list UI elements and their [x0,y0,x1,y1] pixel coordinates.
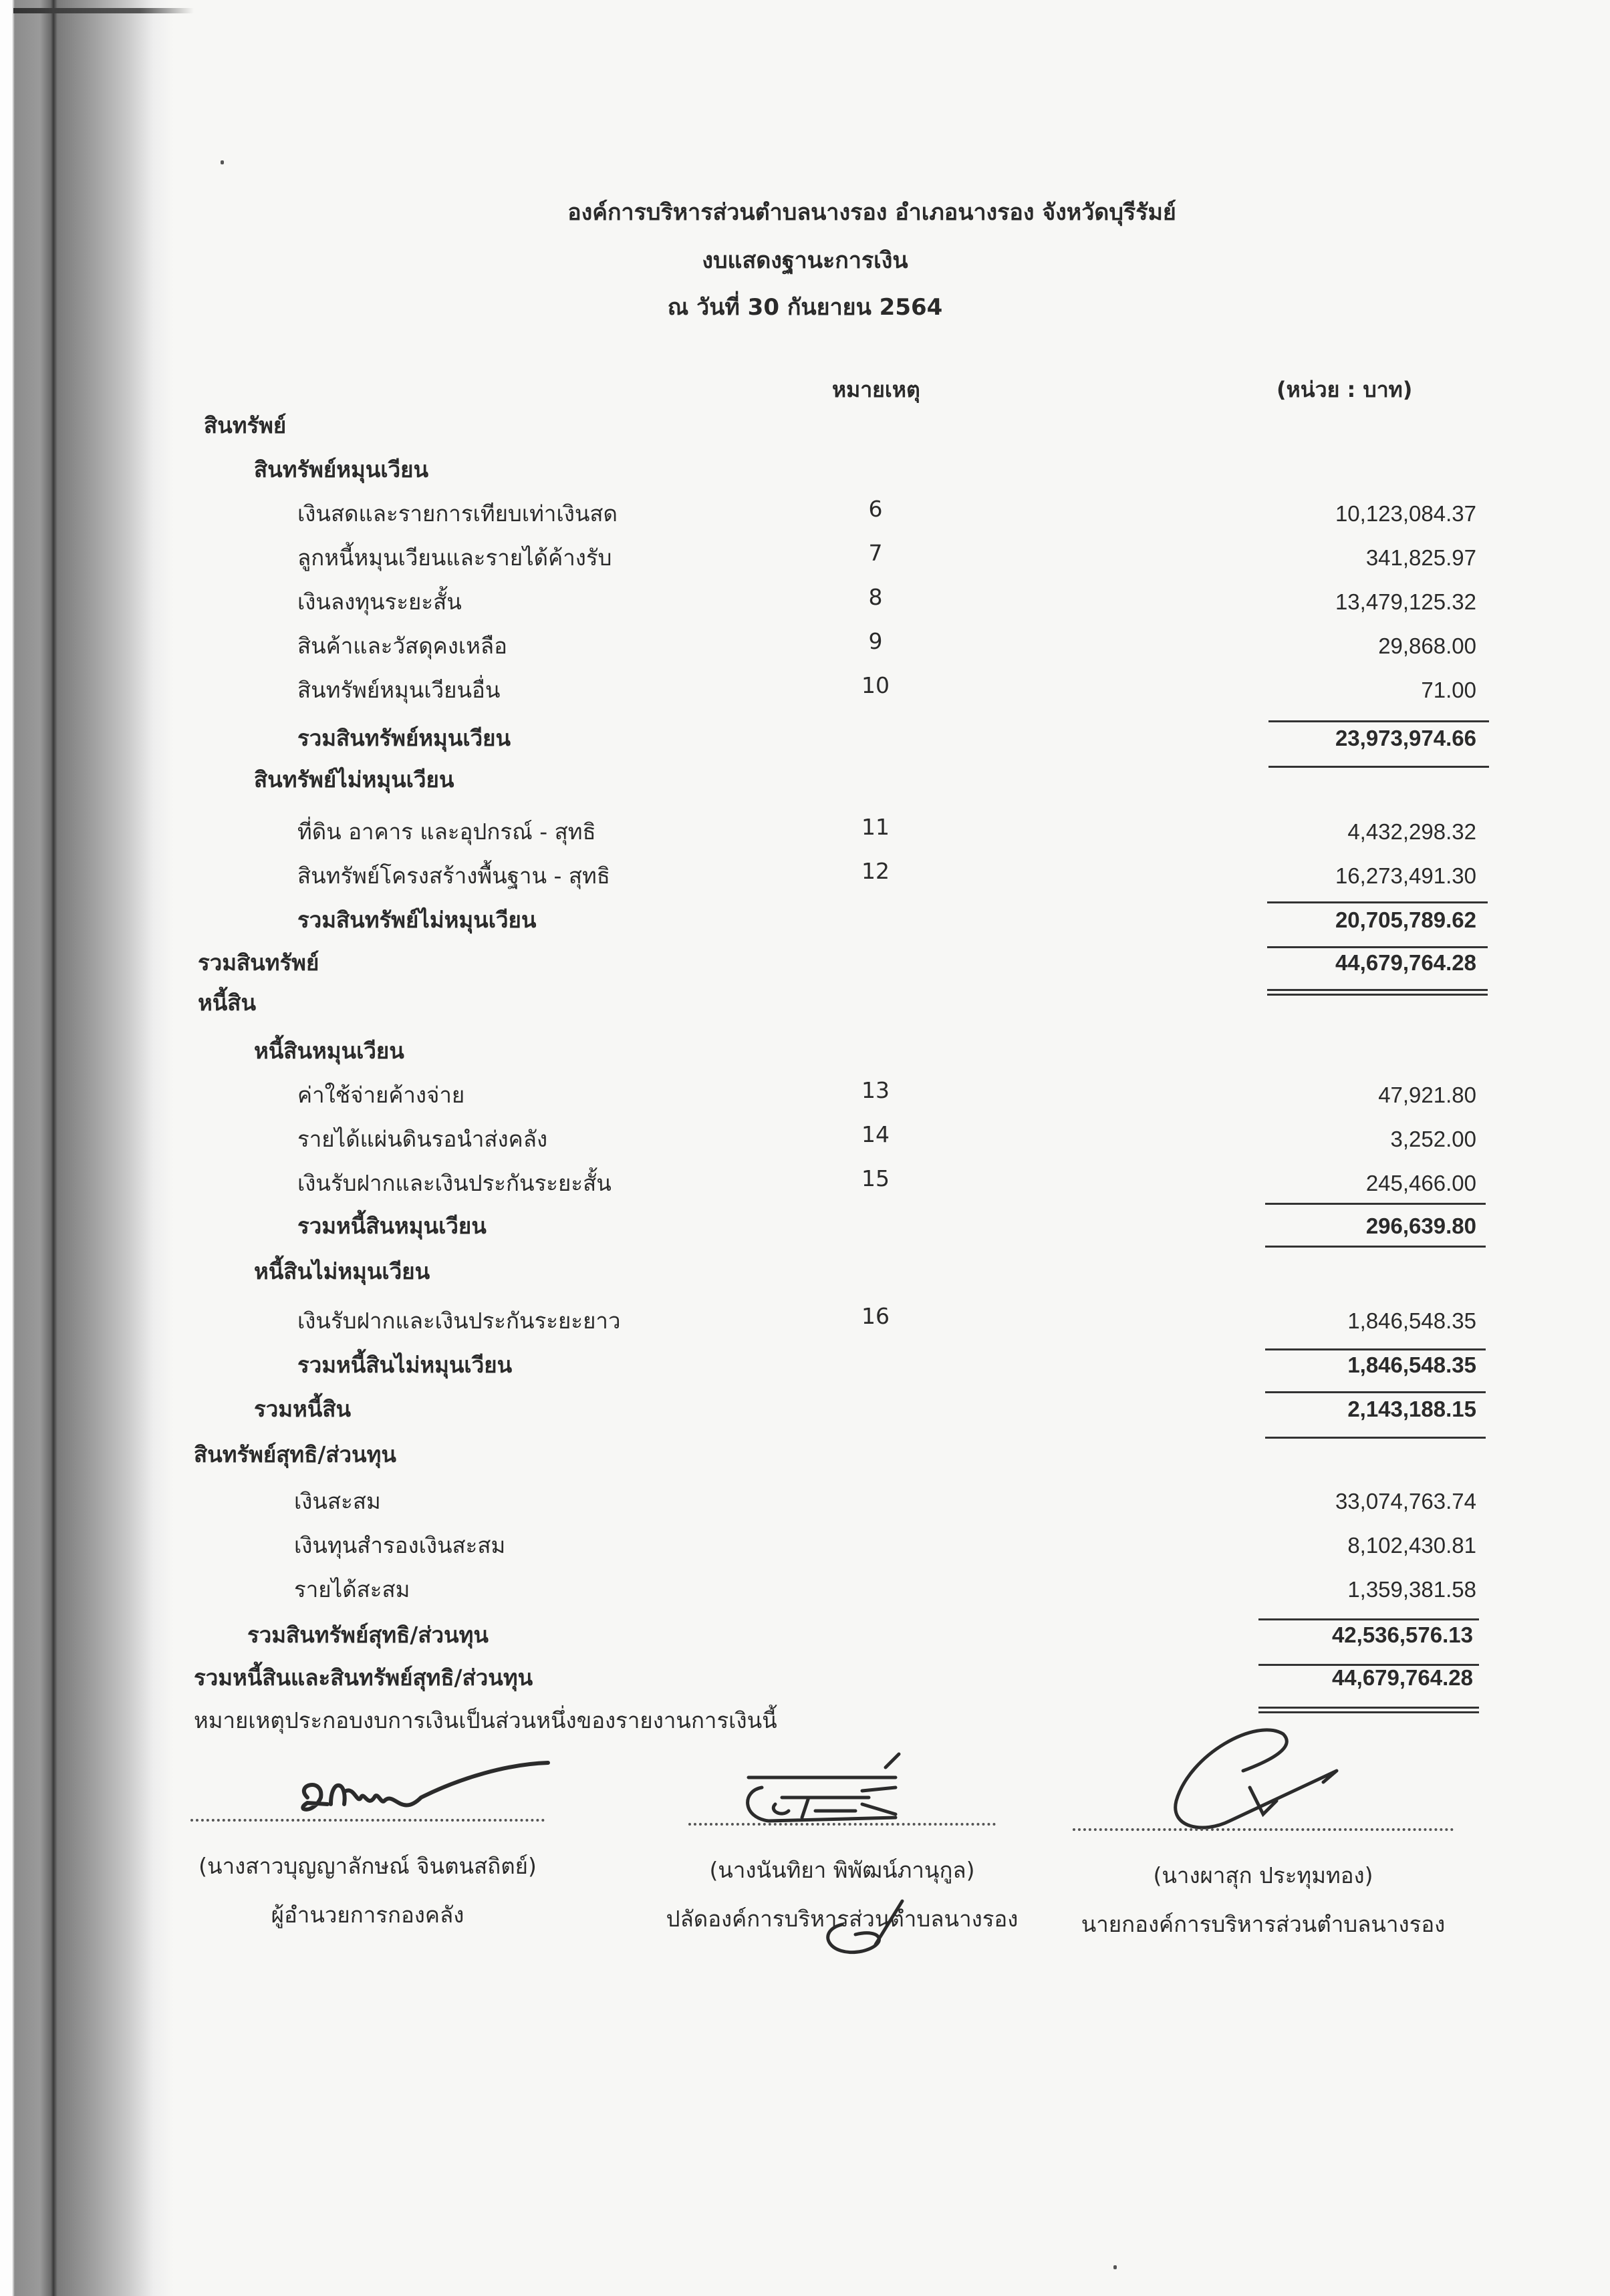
section-heading-liabilities: หนี้สิน [0,985,1610,1022]
grand-total-row: รวมหนี้สินและสินทรัพย์สุทธิ/ส่วนทุน 44,6… [0,1660,1610,1697]
subsection-heading-noncurrent-assets: สินทรัพย์ไม่หมุนเวียน [0,762,1610,799]
line-item-row: เงินลงทุนระยะสั้น 8 13,479,125.32 [0,584,1610,621]
signature-line [688,1823,996,1826]
line-item-row: ที่ดิน อาคาร และอุปกรณ์ - สุทธิ 11 4,432… [0,814,1610,851]
note-column-header: หมายเหตุ [832,373,920,407]
line-item-row: ลูกหนี้หมุนเวียนและรายได้ค้างรับ 7 341,8… [0,540,1610,577]
scan-speck [221,160,224,164]
subtotal-row-noncurrent-liabilities: รวมหนี้สินไม่หมุนเวียน 1,846,548.35 [0,1347,1610,1385]
subtotal-row-current-assets: รวมสินทรัพย์หมุนเวียน 23,973,974.66 [0,720,1610,758]
subtotal-row-current-liabilities: รวมหนี้สินหมุนเวียน 296,639.80 [0,1208,1610,1246]
line-item-row: สินทรัพย์โครงสร้างพื้นฐาน - สุทธิ 12 16,… [0,858,1610,895]
as-of-date: ณ วันที่ 30 กันยายน 2564 [0,289,1610,325]
subtotal-rule [1265,1246,1486,1248]
balance-sheet-page: องค์การบริหารส่วนตำบลนางรอง อำเภอนางรอง … [0,0,1610,2296]
signatory-block: (นางนันทิยา พิพัฒน์ภานุกูล) ปลัดองค์การบ… [655,1823,1029,1936]
scan-speck [1113,2265,1117,2269]
line-item-row: เงินรับฝากและเงินประกันระยะสั้น 15 245,4… [0,1165,1610,1203]
line-item-row: เงินสดและรายการเทียบเท่าเงินสด 6 10,123,… [0,496,1610,533]
grand-total-double-rule [1258,1707,1479,1709]
signatory-block: (นางสาวบุญญาลักษณ์ จินตนสถิตย์) ผู้อำนวย… [180,1819,555,1932]
line-item-row: รายได้สะสม 1,359,381.58 [0,1572,1610,1609]
subtotal-rule [1265,1203,1486,1205]
subtotal-row-noncurrent-assets: รวมสินทรัพย์ไม่หมุนเวียน 20,705,789.62 [0,902,1610,940]
line-item-row: สินค้าและวัสดุคงเหลือ 9 29,868.00 [0,628,1610,666]
signature-finance-director [267,1751,588,1824]
line-item-row: รายได้แผ่นดินรอนำส่งคลัง 14 3,252.00 [0,1121,1610,1159]
section-heading-assets: สินทรัพย์ [0,408,1610,445]
signatory-block: (นางผาสุก ประทุมทอง) นายกองค์การบริหารส่… [1063,1828,1464,1942]
unit-column-header: (หน่วย : บาท) [1277,373,1412,407]
signature-line [1073,1828,1454,1831]
line-item-row: ค่าใช้จ่ายค้างจ่าย 13 47,921.80 [0,1077,1610,1115]
organization-name: องค์การบริหารส่วนตำบลนางรอง อำเภอนางรอง … [0,194,1610,230]
total-row-liabilities: รวมหนี้สิน 2,143,188.15 [0,1391,1610,1429]
subsection-heading-current-assets: สินทรัพย์หมุนเวียน [0,452,1610,489]
line-item-row: เงินทุนสำรองเงินสะสม 8,102,430.81 [0,1528,1610,1565]
subsection-heading-noncurrent-liabilities: หนี้สินไม่หมุนเวียน [0,1254,1610,1291]
total-row-assets: รวมสินทรัพย์ 44,679,764.28 [0,945,1610,982]
statement-title: งบแสดงฐานะการเงิน [0,242,1610,278]
total-row-equity: รวมสินทรัพย์สุทธิ/ส่วนทุน 42,536,576.13 [0,1617,1610,1655]
line-item-row: สินทรัพย์หมุนเวียนอื่น 10 71.00 [0,672,1610,710]
subsection-heading-current-liabilities: หนี้สินหมุนเวียน [0,1033,1610,1070]
signature-chief-executive [1163,1721,1377,1834]
footnote: หมายเหตุประกอบงบการเงินเป็นส่วนหนึ่งของร… [194,1703,777,1738]
section-heading-equity: สินทรัพย์สุทธิ/ส่วนทุน [0,1437,1610,1474]
signature-line [190,1819,545,1822]
line-item-row: เงินรับฝากและเงินประกันระยะยาว 16 1,846,… [0,1303,1610,1340]
line-item-row: เงินสะสม 33,074,763.74 [0,1483,1610,1521]
